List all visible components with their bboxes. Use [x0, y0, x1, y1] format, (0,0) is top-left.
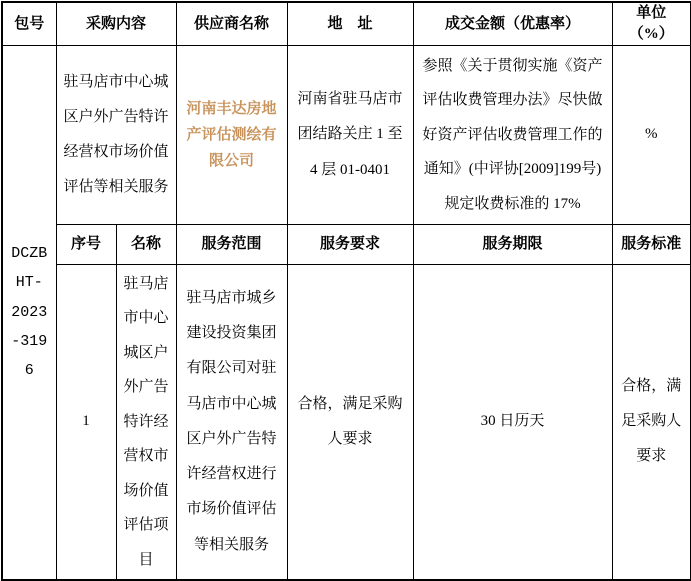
seq-no-value: 1: [56, 265, 116, 580]
subheader-service-scope: 服务范围: [176, 225, 287, 265]
subheader-service-requirement: 服务要求: [287, 225, 413, 265]
subheader-service-standard: 服务标准: [612, 225, 691, 265]
unit-value: %: [612, 46, 691, 225]
header-unit: 单位（%）: [612, 2, 691, 46]
header-package-no: 包号: [2, 2, 56, 46]
header-address: 地 址: [287, 2, 413, 46]
header-deal-amount: 成交金额（优惠率）: [413, 2, 612, 46]
service-requirement-value: 合格，满足采购人要求: [287, 265, 413, 580]
subheader-name: 名称: [116, 225, 176, 265]
project-name-value: 驻马店市中心城区户外广告特许经营权市场价值评估项目: [116, 265, 176, 580]
deal-amount-value: 参照《关于贯彻实施《资产评估收费管理办法》尽快做好资产评估收费管理工作的通知》(…: [413, 46, 612, 225]
service-standard-value: 合格，满足采购人要求: [612, 265, 691, 580]
package-no-value: DCZBHT-2023-3196: [2, 46, 56, 580]
procurement-content-value: 驻马店市中心城区户外广告特许经营权市场价值评估等相关服务: [56, 46, 176, 225]
sub-header-row: 序号 名称 服务范围 服务要求 服务期限 服务标准: [2, 225, 691, 265]
header-supplier-name: 供应商名称: [176, 2, 287, 46]
header-row: 包号 采购内容 供应商名称 地 址 成交金额（优惠率） 单位（%）: [2, 2, 691, 46]
subheader-service-period: 服务期限: [413, 225, 612, 265]
service-period-value: 30 日历天: [413, 265, 612, 580]
service-scope-value: 驻马店市城乡建设投资集团有限公司对驻马店市中心城区户外广告特许经营权进行市场价值…: [176, 265, 287, 580]
address-value: 河南省驻马店市团结路关庄 1 至 4 层 01-0401: [287, 46, 413, 225]
summary-row: DCZBHT-2023-3196 驻马店市中心城区户外广告特许经营权市场价值评估…: [2, 46, 691, 225]
detail-row: 1 驻马店市中心城区户外广告特许经营权市场价值评估项目 驻马店市城乡建设投资集团…: [2, 265, 691, 580]
subheader-seq-no: 序号: [56, 225, 116, 265]
supplier-name-value: 河南丰达房地产评估测绘有限公司: [176, 46, 287, 225]
header-procurement-content: 采购内容: [56, 2, 176, 46]
procurement-result-table: 包号 采购内容 供应商名称 地 址 成交金额（优惠率） 单位（%） DCZBHT…: [1, 1, 691, 581]
